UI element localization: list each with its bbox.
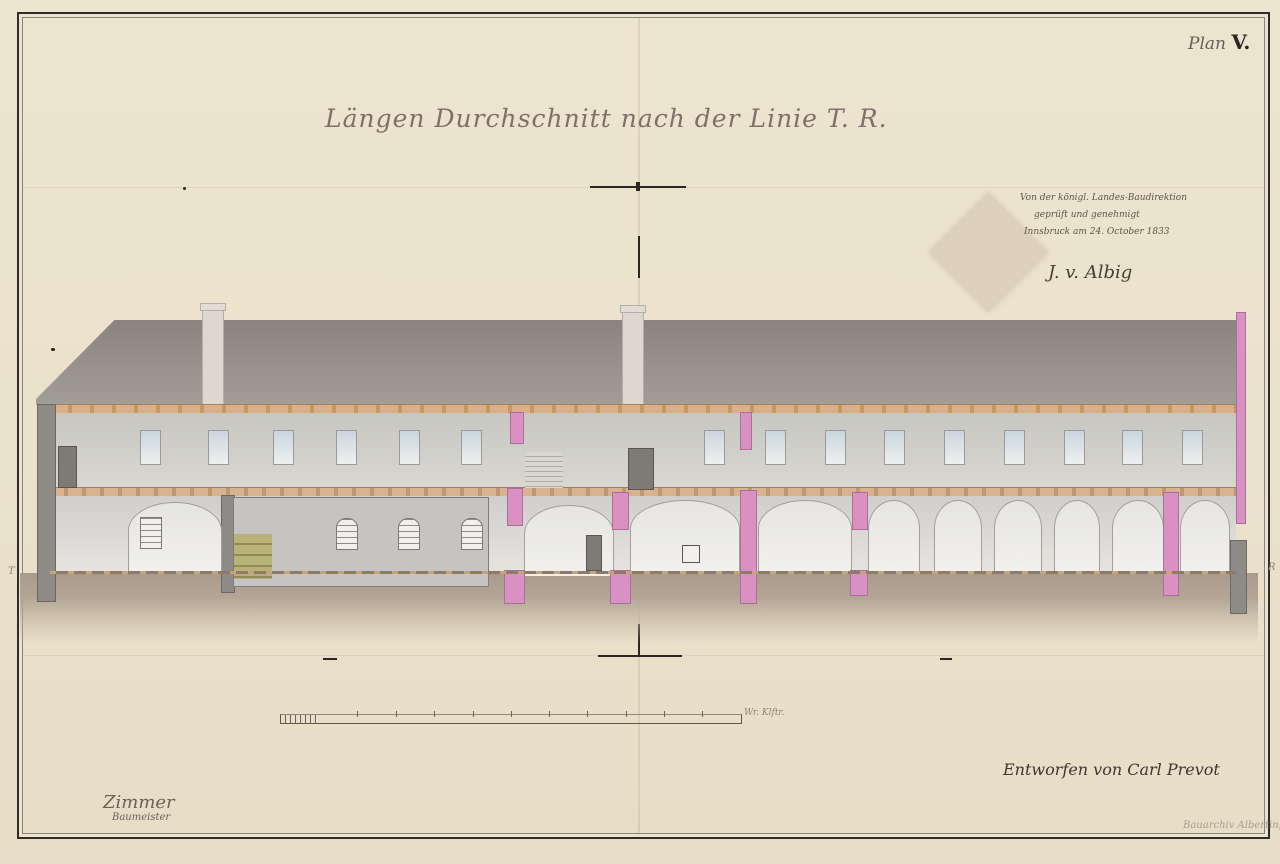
scale-tick (473, 711, 474, 717)
gothic-window (398, 518, 420, 550)
window (1064, 430, 1085, 465)
approval-line-2: geprüft und genehmigt (1020, 207, 1187, 224)
bottom-left-note: Baumeister (112, 812, 170, 823)
cut-pier (1236, 312, 1246, 524)
plan-number-value: V. (1231, 30, 1250, 54)
cut-pier (612, 492, 629, 530)
registration-mark-top-center (636, 182, 640, 191)
gothic-window (461, 518, 483, 550)
vault (934, 500, 982, 571)
vault (1180, 500, 1230, 571)
vault (994, 500, 1042, 571)
cut-pier (1163, 492, 1179, 596)
author-credit: Entworfen von Carl Prevot (1003, 760, 1220, 779)
door (586, 535, 602, 571)
cut-pier (740, 490, 757, 604)
door (58, 446, 77, 488)
window (399, 430, 420, 465)
cut-pier (740, 412, 752, 450)
window (1182, 430, 1203, 465)
scale-tick (702, 711, 703, 717)
cut-pier (610, 570, 631, 604)
scale-tick (434, 711, 435, 717)
scale-bar (280, 714, 742, 724)
chimney-center (622, 305, 644, 405)
scale-tick (549, 711, 550, 717)
window (273, 430, 294, 465)
floor-line (50, 571, 1236, 574)
scale-tick (357, 711, 358, 717)
plan-number: Plan V. (1188, 30, 1250, 54)
registration-mark-bottom (598, 655, 682, 657)
roof-beam (50, 404, 1236, 413)
chimney-left (202, 303, 224, 405)
window (765, 430, 786, 465)
dot-mark (183, 187, 186, 190)
door (628, 448, 654, 490)
drawing-sheet: Plan V. Längen Durchschnitt nach der Lin… (0, 0, 1280, 864)
window (704, 430, 725, 465)
cut-pier (852, 492, 868, 530)
scale-label: Wr. Klftr. (744, 708, 785, 718)
window (825, 430, 846, 465)
scale-tick (396, 711, 397, 717)
section-marker-left: T (8, 566, 15, 577)
scale-tick (587, 711, 588, 717)
registration-mark-upper-v (638, 236, 640, 278)
window (140, 430, 161, 465)
window (944, 430, 965, 465)
section-marker-right: R (1268, 562, 1276, 573)
cut-pier (507, 488, 523, 526)
gothic-window (336, 518, 358, 550)
approval-line-1: Von der königl. Landes-Baudirektion (1020, 190, 1187, 207)
scale-subdivisions (281, 715, 316, 723)
vault (1112, 500, 1164, 571)
scale-tick (664, 711, 665, 717)
dot-mark (940, 658, 952, 660)
niche (682, 545, 700, 563)
window (1004, 430, 1025, 465)
outer-wall-right (1230, 540, 1247, 614)
window (208, 430, 229, 465)
window (884, 430, 905, 465)
cut-pier (504, 570, 525, 604)
approval-note: Von der königl. Landes-Baudirektion gepr… (1020, 190, 1187, 241)
bottom-left-signature: Zimmer (103, 792, 175, 813)
drawing-title: Längen Durchschnitt nach der Linie T. R. (325, 104, 888, 133)
approval-signature: J. v. Albig (1048, 262, 1132, 283)
window (1122, 430, 1143, 465)
scale-tick (626, 711, 627, 717)
vault (868, 500, 920, 571)
dot-mark (51, 348, 55, 351)
window (461, 430, 482, 465)
approval-line-3: Innsbruck am 24. October 1833 (1020, 224, 1187, 241)
scale-tick (511, 711, 512, 717)
cut-pier (510, 412, 524, 444)
window (336, 430, 357, 465)
vault (1054, 500, 1100, 571)
dot-mark (323, 658, 337, 660)
bottom-right-note: Bauarchiv Alberting (1183, 820, 1280, 831)
window (140, 517, 162, 549)
ground-earth (20, 573, 1258, 643)
vault (758, 500, 852, 571)
plan-number-label: Plan (1188, 34, 1226, 54)
staircase-upper (525, 452, 563, 488)
